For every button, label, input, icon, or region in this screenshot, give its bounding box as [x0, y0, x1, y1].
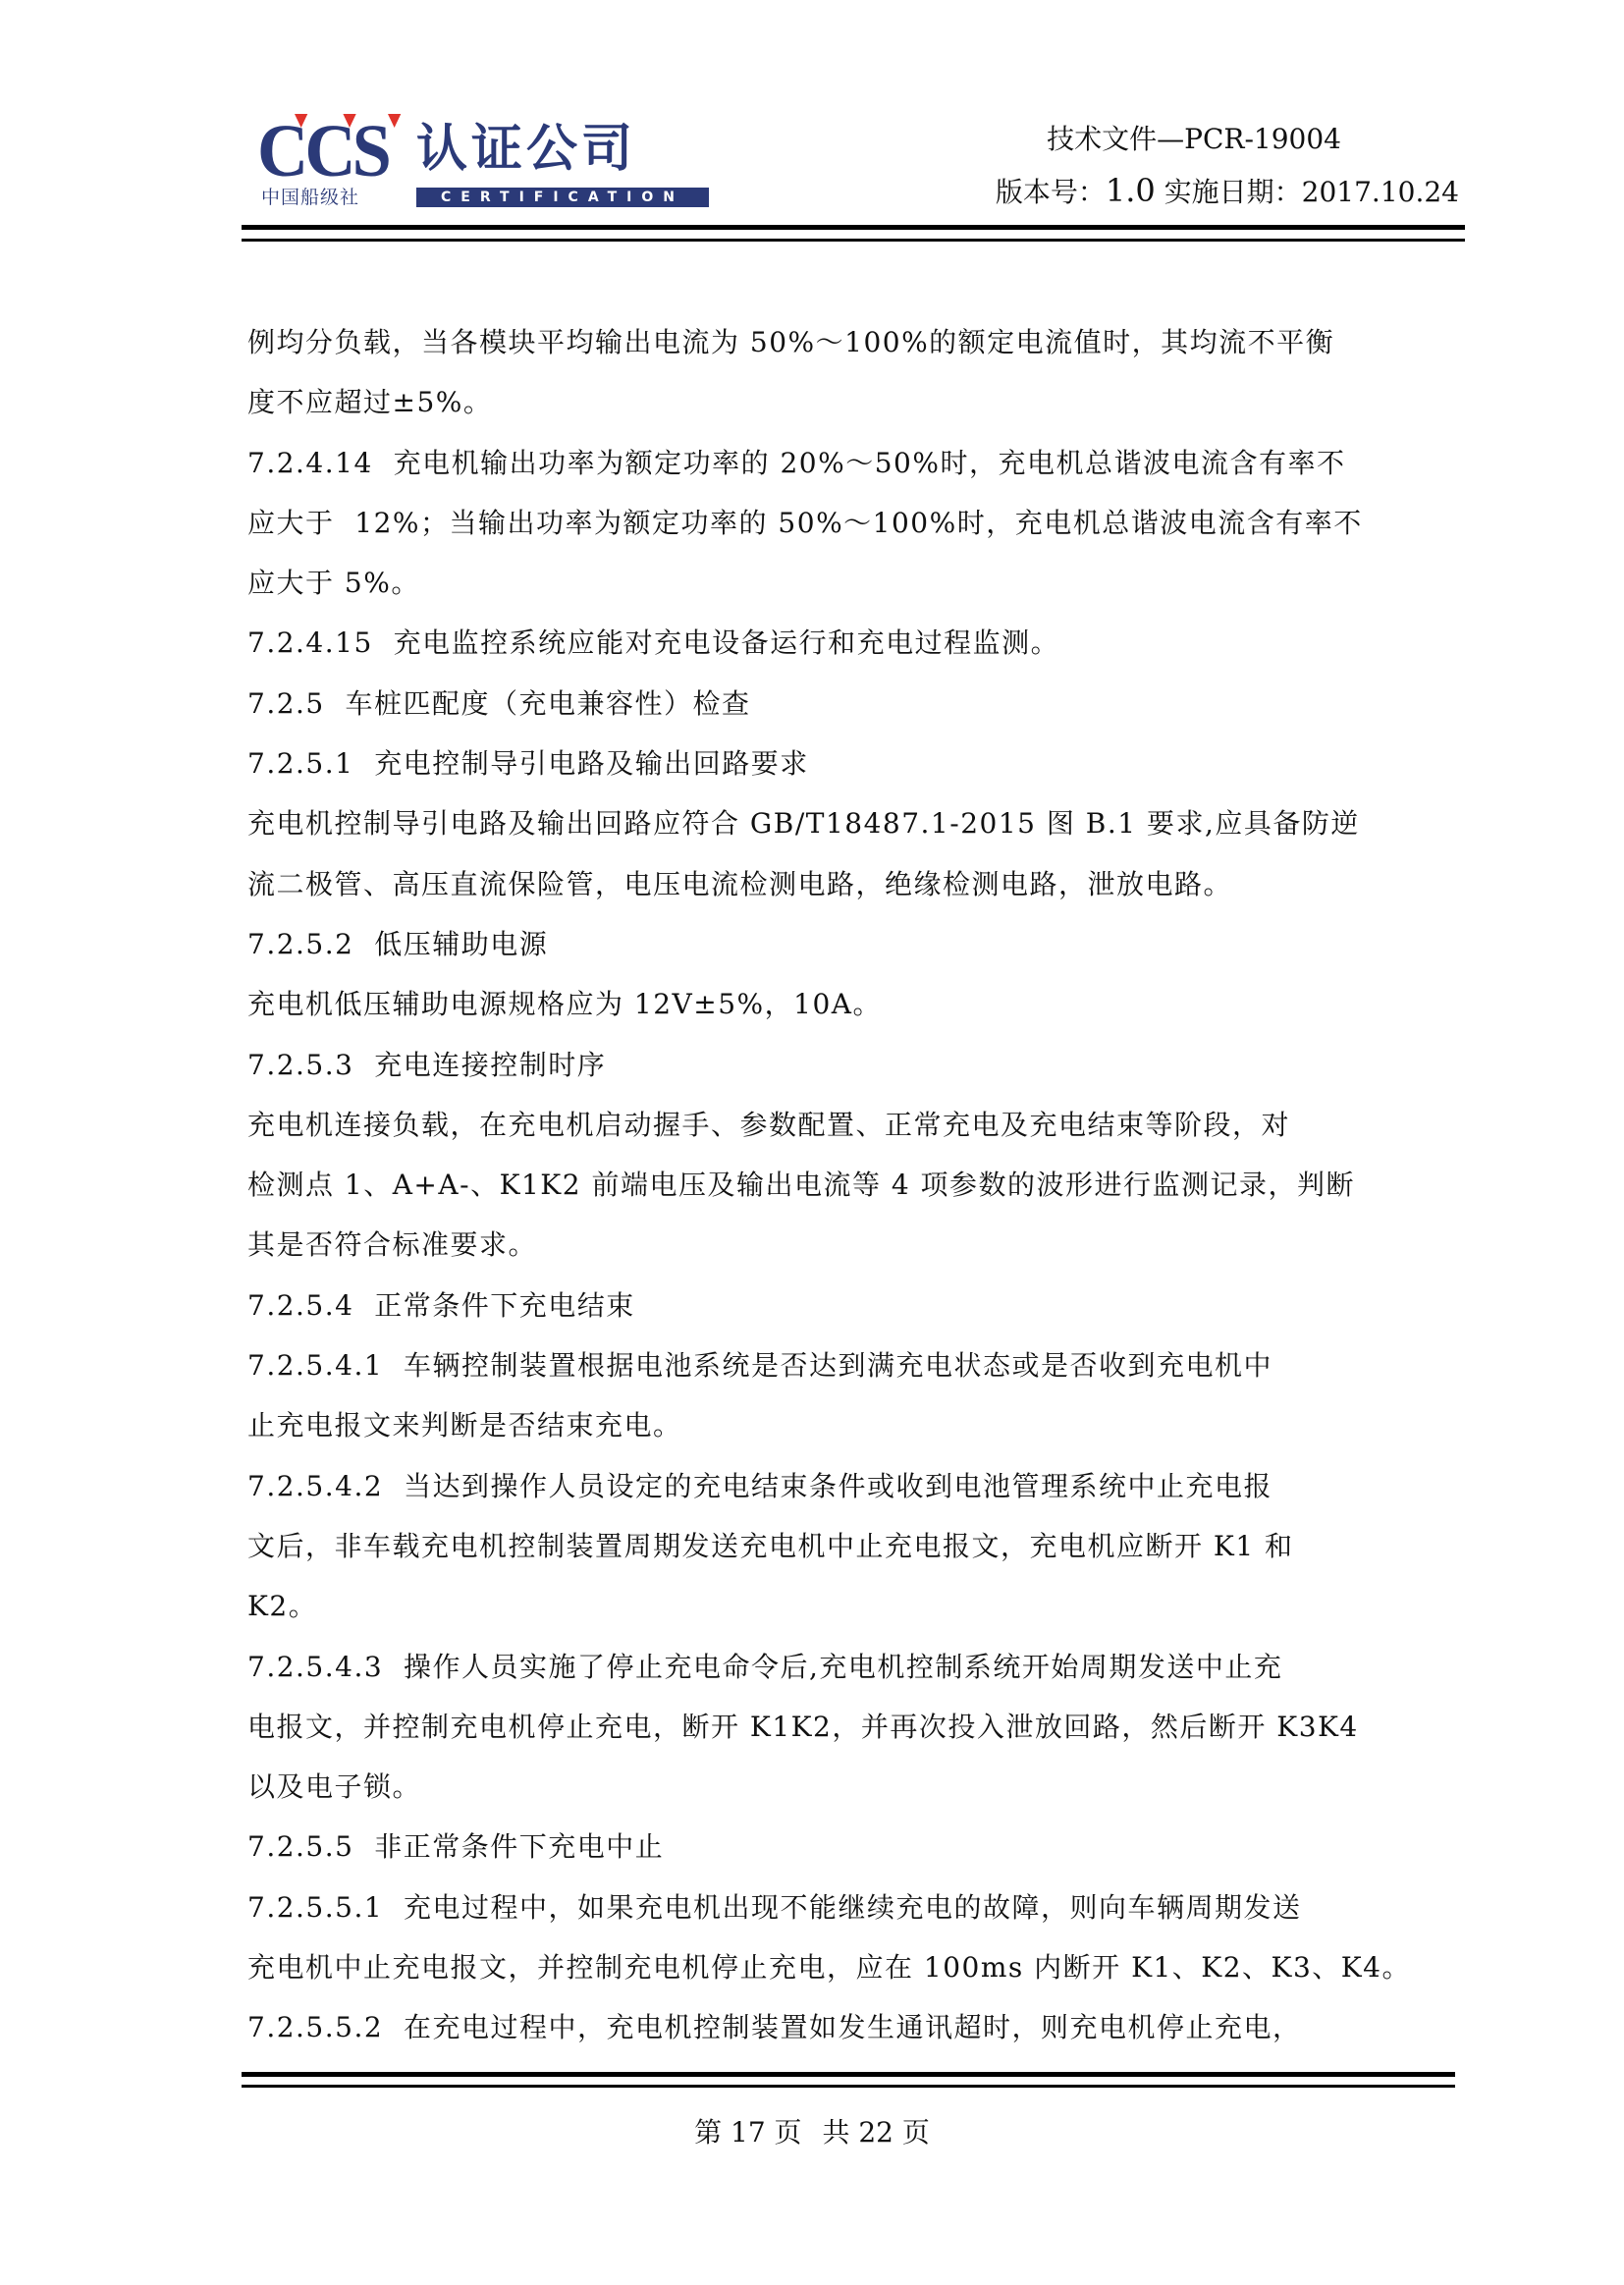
document-body: 例均分负载，当各模块平均输出电流为 50%～100%的额定电流值时，其均流不平衡…	[247, 312, 1455, 2058]
page-total: 共 22 页	[822, 2116, 929, 2149]
logo-parent-name: 中国船级社	[261, 187, 359, 208]
section-heading: 7.2.5 车桩匹配度（充电兼容性）检查	[247, 674, 1455, 734]
clause-heading: 7.2.5.1 充电控制导引电路及输出回路要求	[247, 734, 1455, 793]
version-date-line: 版本号：1.0 实施日期：2017.10.24	[996, 171, 1459, 212]
page-current: 第 17 页	[694, 2116, 801, 2149]
body-line: 电报文，并控制充电机停止充电，断开 K1K2，并再次投入泄放回路，然后断开 K3…	[247, 1697, 1455, 1757]
clause-heading: 7.2.5.5.1 充电过程中，如果充电机出现不能继续充电的故障，则向车辆周期发…	[247, 1877, 1455, 1937]
body-line: 充电机连接负载，在充电机启动握手、参数配置、正常充电及充电结束等阶段，对	[247, 1095, 1455, 1155]
body-line: 充电机中止充电报文，并控制充电机停止充电，应在 100ms 内断开 K1、K2、…	[247, 1937, 1455, 1997]
body-line: 止充电报文来判断是否结束充电。	[247, 1395, 1455, 1455]
clause-heading: 7.2.5.4.3 操作人员实施了停止充电命令后,充电机控制系统开始周期发送中止…	[247, 1637, 1455, 1697]
version-value: 1.0	[1106, 172, 1156, 209]
body-line: 文后，非车载充电机控制装置周期发送充电机中止充电报文，充电机应断开 K1 和	[247, 1516, 1455, 1576]
clause-heading: 7.2.5.3 充电连接控制时序	[247, 1035, 1455, 1095]
body-line: K2。	[247, 1576, 1455, 1636]
page-header: CCS 认证公司 中国船级社 CERTIFICATION 技术文件—PCR-19…	[242, 0, 1465, 255]
body-line: 其是否符合标准要求。	[247, 1215, 1455, 1275]
clause-heading: 7.2.5.4.1 车辆控制装置根据电池系统是否达到满充电状态或是否收到充电机中	[247, 1335, 1455, 1395]
body-line: 应大于 12%；当输出功率为额定功率的 50%～100%时，充电机总谐波电流含有…	[247, 493, 1455, 553]
clause-heading: 7.2.5.4 正常条件下充电结束	[247, 1276, 1455, 1335]
body-line: 应大于 5%。	[247, 553, 1455, 613]
body-line: 度不应超过±5%。	[247, 372, 1455, 432]
clause-heading: 7.2.4.15 充电监控系统应能对充电设备运行和充电过程监测。	[247, 613, 1455, 673]
document-id: 技术文件—PCR-19004	[1047, 120, 1341, 159]
body-line: 充电机控制导引电路及输出回路应符合 GB/T18487.1-2015 图 B.1…	[247, 793, 1455, 853]
body-line: 以及电子锁。	[247, 1757, 1455, 1817]
clause-heading: 7.2.4.14 充电机输出功率为额定功率的 20%～50%时，充电机总谐波电流…	[247, 433, 1455, 493]
ccs-certification-logo: CCS 认证公司 中国船级社 CERTIFICATION	[257, 116, 719, 214]
logo-tagline: CERTIFICATION	[416, 188, 709, 207]
clause-heading: 7.2.5.5 非正常条件下充电中止	[247, 1817, 1455, 1877]
footer-rule-thin	[242, 2085, 1455, 2088]
footer-rule-thick	[242, 2072, 1455, 2077]
header-rule-thin	[242, 239, 1465, 242]
version-label: 版本号：	[996, 176, 1106, 208]
date-label: 实施日期：	[1156, 176, 1302, 208]
clause-heading: 7.2.5.4.2 当达到操作人员设定的充电结束条件或收到电池管理系统中止充电报	[247, 1456, 1455, 1516]
body-line: 充电机低压辅助电源规格应为 12V±5%，10A。	[247, 974, 1455, 1034]
clause-heading: 7.2.5.5.2 在充电过程中，充电机控制装置如发生通讯超时，则充电机停止充电…	[247, 1997, 1455, 2057]
logo-company-name: 认证公司	[416, 120, 636, 179]
body-line: 检测点 1、A+A-、K1K2 前端电压及输出电流等 4 项参数的波形进行监测记…	[247, 1155, 1455, 1215]
clause-heading: 7.2.5.2 低压辅助电源	[247, 914, 1455, 974]
header-rule-thick	[242, 225, 1465, 230]
logo-brand-mark: CCS	[257, 116, 388, 187]
date-value: 2017.10.24	[1302, 176, 1459, 208]
body-line: 流二极管、高压直流保险管，电压电流检测电路，绝缘检测电路，泄放电路。	[247, 854, 1455, 914]
page-number: 第 17 页 共 22 页	[0, 2113, 1624, 2152]
body-line: 例均分负载，当各模块平均输出电流为 50%～100%的额定电流值时，其均流不平衡	[247, 312, 1455, 372]
